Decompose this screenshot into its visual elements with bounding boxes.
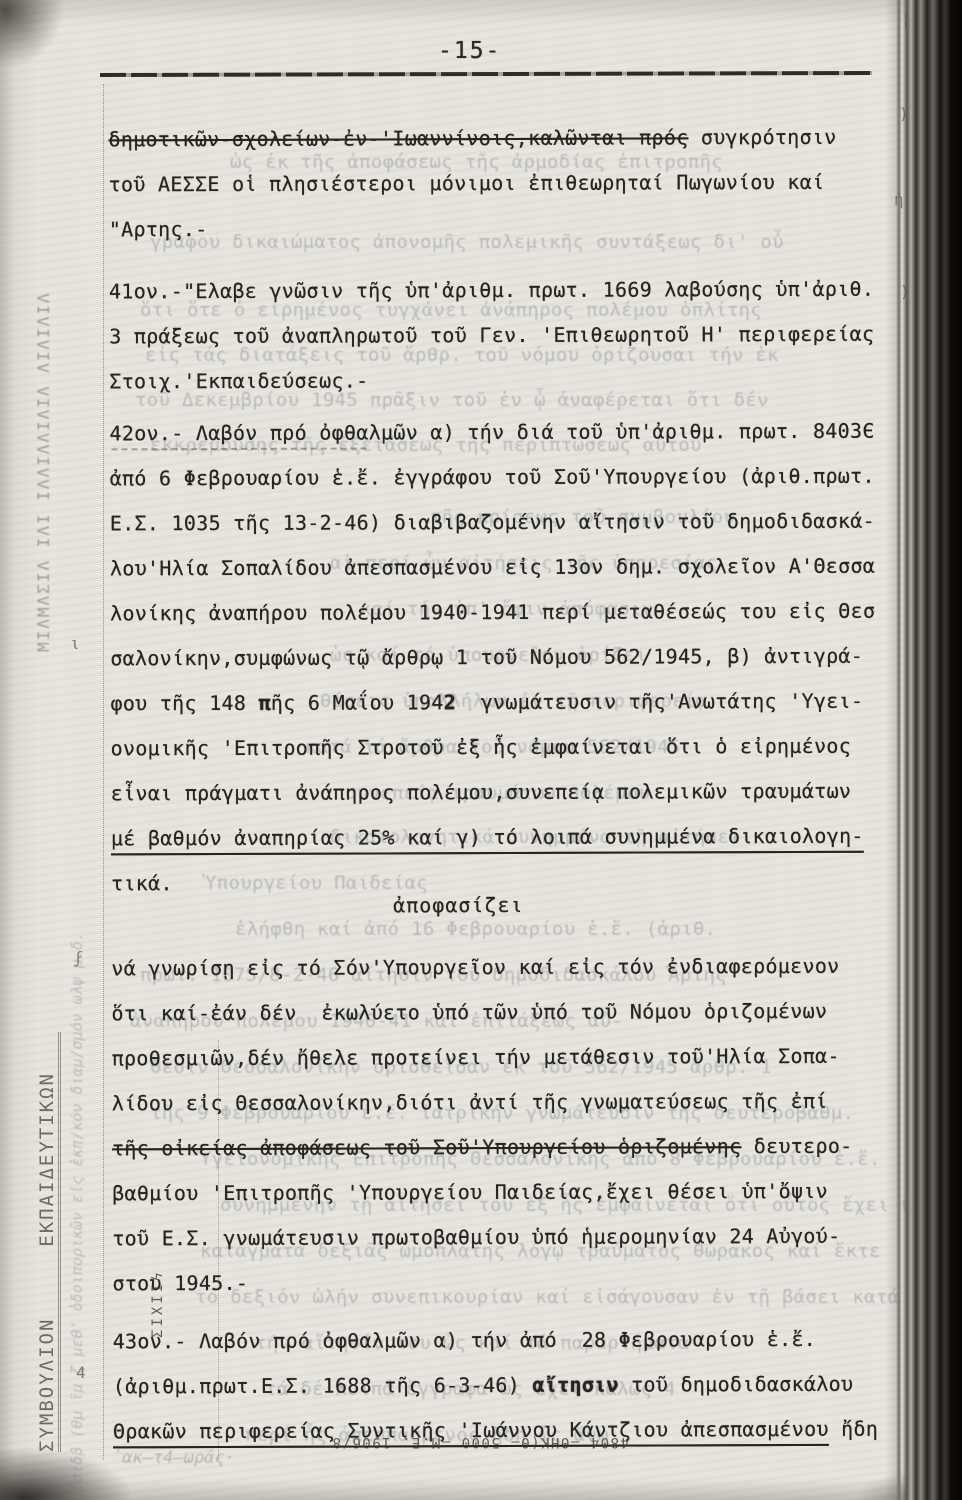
text-segment: Στοιχ.'Εκπαιδεύσεως.-: [109, 368, 368, 393]
document-line: λονίκης ἀναπήρου πολέμου 1940-1941 περί …: [110, 589, 910, 637]
paragraph: 41ον.-"Ελαβε γνῶσιν τῆς ὑπ'ἀριθμ. πρωτ. …: [109, 267, 909, 405]
text-segment: σαλονίκην,συμφώνως τῷ ἄρθρῳ 1 τοῦ Νόμου …: [110, 644, 863, 671]
left-margin-line: [103, 84, 104, 1460]
text-segment: 2: [444, 690, 456, 714]
text-segment: τῆς οἰκείας ἀποφάσεως τοῦ Σοῦ'Υπουργείου…: [112, 1134, 741, 1160]
pencil-scribble: ῾ακ—τ4—ωράς·: [112, 1448, 235, 1468]
text-segment: λου'Ηλία Σοπαλίδου ἀπεσπασμένου εἰς 13ον…: [110, 554, 875, 581]
text-segment: δημοτικῶν-σχολείων-ἐν-'Ιωαννίνοις,καλῶντ…: [108, 125, 688, 151]
document-line: τοῦ Ε.Σ. γνωμάτευσιν πρωτοβαθμίου ὑπό ἡμ…: [112, 1214, 912, 1262]
text-segment: ὅτι καί-ἐάν δέν ἐκωλύετο ὑπό τῶν ὑπό τοῦ…: [111, 999, 827, 1025]
text-segment: 43ον.- Λαβόν πρό ὀφθαλμῶν α) τήν ἀπό 28 …: [113, 1327, 817, 1353]
text-segment: λονίκης ἀναπήρου πολέμου 1940-1941 περί …: [110, 599, 875, 626]
document-line: προθεσμιῶν,δέν ἤθελε προτείνει τήν μετάθ…: [112, 1034, 912, 1082]
text-segment: προθεσμιῶν,δέν ἤθελε προτείνει τήν μετάθ…: [112, 1044, 840, 1071]
text-segment: ἀπό 6 Φεβρουαρίου ἑ.ἔ. ἐγγράφου τοῦ Σοῦ'…: [110, 464, 875, 491]
text-segment: λίδου εἰς Θεσσαλονίκην,διότι ἀντί τῆς γν…: [112, 1089, 828, 1115]
text-segment: 3 πράξεως τοῦ ἀναπληρωτοῦ τοῦ Γεν. 'Επιθ…: [109, 322, 874, 349]
document-line: τοῦ ΑΕΣΣΕ οἱ πλησιέστεροι μόνιμοι ἐπιθεω…: [109, 160, 909, 208]
paragraph: δημοτικῶν-σχολείων-ἐν-'Ιωαννίνοις,καλῶντ…: [108, 115, 908, 253]
book-binding-edge: [885, 0, 962, 1500]
text-segment: τοῦ Ε.Σ. γνωμάτευσιν πρωτοβαθμίου ὑπό ἡμ…: [112, 1224, 840, 1251]
document-line: σαλονίκην,συμφώνως τῷ ἄρθρῳ 1 τοῦ Νόμου …: [110, 634, 910, 682]
text-segment: 42ον.- Λαβόν πρό ὀφθαλμῶν α) τήν διά τοῦ…: [109, 419, 874, 446]
text-segment: ονομικῆς 'Επιτροπῆς Στροτοῦ ἐξ ἧς ἐμφαίν…: [111, 734, 852, 761]
document-line: φου τῆς 148 πῆς 6 Μαΐου 1942 γνωμάτευσιν…: [110, 679, 910, 727]
text-segment: Ε.Σ. 1035 τῆς 13-2-46) διαβιβαζομένην αἴ…: [110, 509, 875, 536]
text-segment: τοῦ δημοδιδασκάλου: [619, 1372, 854, 1397]
document-line: ονομικῆς 'Επιτροπῆς Στροτοῦ ἐξ ἧς ἐμφαίν…: [111, 724, 911, 772]
document-line: βαθμίου 'Επιτροπῆς 'Υπουργείου Παιδείας,…: [112, 1169, 912, 1217]
text-segment: νά γνωρίσῃ εἰς τό Σόν'Υπουργεῖον καί εἰς…: [111, 954, 839, 981]
document-line: ὅτι καί-ἐάν δέν ἐκωλύετο ὑπό τῶν ὑπό τοῦ…: [111, 989, 911, 1037]
text-segment: π: [259, 691, 271, 715]
text-segment: (ἀριθμ.πρωτ.Ε.Σ. 1688 τῆς 6-3-46): [113, 1373, 533, 1398]
document-line: 42ον.- Λαβόν πρό ὀφθαλμῶν α) τήν διά τοῦ…: [109, 409, 909, 457]
paragraph: νά γνωρίσῃ εἰς τό Σόν'Υπουργεῖον καί εἰς…: [111, 944, 912, 1307]
margin-mark: 4: [76, 1363, 86, 1382]
text-segment: δευτερο-: [741, 1134, 852, 1158]
margin-mark: ϝ: [74, 948, 84, 967]
document-line: 43ον.- Λαβόν πρό ὀφθαλμῶν α) τήν ἀπό 28 …: [113, 1317, 913, 1365]
document-line: εἶναι πράγματι ἀνάπηρος πολέμου,συνεπείᾳ…: [111, 769, 911, 817]
document-line: Ε.Σ. 1035 τῆς 13-2-46) διαβιβαζομένην αἴ…: [110, 499, 910, 547]
text-segment: γνωμάτευσιν τῆς'Ανωτάτης 'Υγει-: [456, 689, 863, 714]
text-segment: φου τῆς 148: [110, 691, 258, 716]
text-segment: βαθμίου 'Επιτροπῆς 'Υπουργείου Παιδείας,…: [112, 1179, 828, 1205]
text-segment: τικά.: [111, 871, 173, 895]
document-line: (ἀριθμ.πρωτ.Ε.Σ. 1688 τῆς 6-3-46) αἴτησι…: [113, 1362, 913, 1410]
margin-mark: ι: [70, 634, 80, 653]
text-segment: μέ βαθμόν ἀναπηρίας 25% καί γ) τό λοιπά …: [111, 824, 864, 851]
scanned-document-page: ὡς ἐκ τῆς ἀποφάσεως τῆς ἁρμοδίας ἐπιτροπ…: [0, 0, 962, 1500]
text-segment: ἤδη: [829, 1417, 878, 1441]
document-line: ἀπό 6 Φεβρουαρίου ἑ.ἔ. ἐγγράφου τοῦ Σοῦ'…: [110, 454, 910, 502]
document-line: τικά.: [111, 859, 911, 907]
document-line: 3 πράξεως τοῦ ἀναπληρωτοῦ τοῦ Γεν. 'Επιθ…: [109, 312, 909, 360]
marginal-vertical-mark: ΣΙΧΙΙϟ: [150, 1269, 166, 1338]
archive-stamp-vertical: ΣΥΜΒΟΥΛΙΟΝ ΕΚΠΑΙΔΕΥΤΙΚΩΝ: [36, 1032, 61, 1452]
page-number: -15-: [438, 38, 501, 64]
document-line: τῆς οἰκείας ἀποφάσεως τοῦ Σοῦ'Υπουργείου…: [112, 1124, 912, 1172]
bleedthrough-line: ἐλήφθη καί ἀπό 16 Φεβρουαρίου ἑ.ἔ. (ἀριθ…: [235, 918, 716, 940]
text-segment: αἴτησιν: [532, 1373, 618, 1397]
document-line: νά γνωρίσῃ εἰς τό Σόν'Υπουργεῖον καί εἰς…: [111, 944, 911, 992]
document-line: λου'Ηλία Σοπαλίδου ἀπεσπασμένου εἰς 13ον…: [110, 544, 910, 592]
text-segment: ῆς 6 Μαΐου 194: [271, 690, 444, 715]
document-line: 41ον.-"Ελαβε γνῶσιν τῆς ὑπ'ἀριθμ. πρωτ. …: [109, 267, 909, 315]
document-line: "Αρτης.-: [109, 205, 909, 253]
text-segment: εἶναι πράγματι ἀνάπηρος πολέμου,συνεπείᾳ…: [111, 779, 852, 806]
document-line: Στοιχ.'Εκπαιδεύσεως.-: [109, 357, 909, 405]
illegible-marginalia-top: ΜΙΛΜΛΣΙΛ ΙΛΙ ΙΛΛΙΛΛΙΛΙΛ ΛΙΛΙΛΙΛ: [34, 182, 53, 652]
text-segment: τοῦ ΑΕΣΣΕ οἱ πλησιέστεροι μόνιμοι ἐπιθεω…: [109, 170, 825, 196]
text-segment: συγκρότησιν: [688, 125, 836, 150]
text-segment: στου 1945.-: [112, 1271, 248, 1295]
document-line: δημοτικῶν-σχολείων-ἐν-'Ιωαννίνοις,καλῶντ…: [108, 115, 908, 163]
printer-imprint: 4804 —ΘΗΚ(Θ— 5000 —Μ.Ε. 1906/8: [330, 1434, 630, 1450]
paragraph: 42ον.- Λαβόν πρό ὀφθαλμῶν α) τήν διά τοῦ…: [109, 409, 911, 907]
typed-text: ἀποφασίζει δημοτικῶν-σχολείων-ἐν-'Ιωαννί…: [108, 0, 908, 1]
document-line: λίδου εἰς Θεσσαλονίκην,διότι ἀντί τῆς γν…: [112, 1079, 912, 1127]
document-line: στου 1945.-: [112, 1259, 912, 1307]
header-rule: [100, 71, 872, 77]
text-segment: 41ον.-"Ελαβε γνῶσιν τῆς ὑπ'ἀριθμ. πρωτ. …: [109, 277, 874, 304]
document-line: μέ βαθμόν ἀναπηρίας 25% καί γ) τό λοιπά …: [111, 814, 911, 862]
text-segment: "Αρτης.-: [109, 217, 208, 241]
